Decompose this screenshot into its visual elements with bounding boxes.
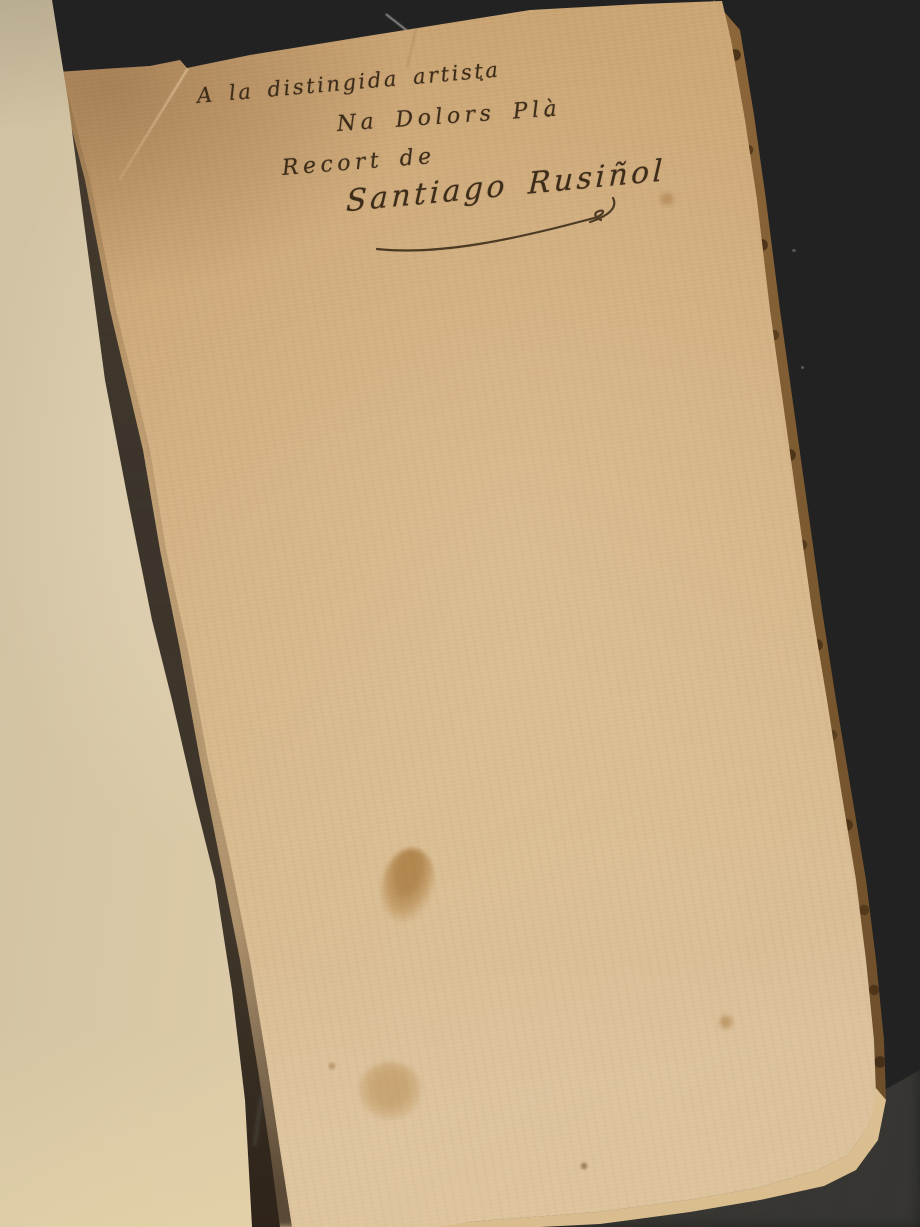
ink-dot bbox=[480, 78, 483, 81]
inscription-line-2: Na Dolors Plà bbox=[336, 96, 562, 137]
photo-frame: A la distingida artista Na Dolors Plà Re… bbox=[0, 0, 920, 1227]
ink-dot bbox=[547, 114, 550, 117]
signature-flourish bbox=[370, 196, 630, 260]
background-speck bbox=[801, 366, 804, 369]
inscription-line-1: A la distingida artista bbox=[196, 57, 501, 107]
inscription-line-3: Recort de bbox=[281, 144, 437, 181]
background-speck bbox=[792, 249, 796, 252]
